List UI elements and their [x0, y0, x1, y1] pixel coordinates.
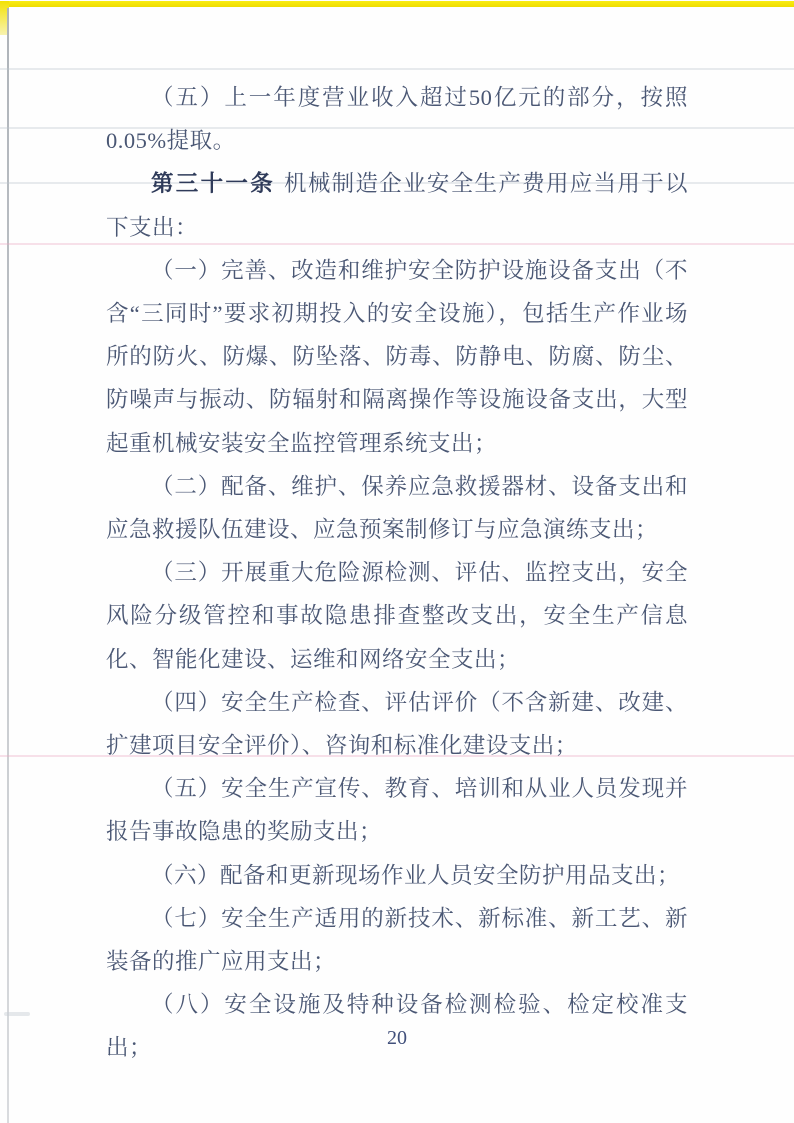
clause-5-extraction-rate: （五）上一年度营业收入超过50亿元的部分，按照0.05%提取。 [106, 76, 688, 162]
item-4: （四）安全生产检查、评估评价（不含新建、改建、扩建项目安全评价）、咨询和标准化建… [106, 681, 688, 767]
scan-left-edge-line [7, 8, 9, 1123]
item-1: （一）完善、改造和维护安全防护设施设备支出（不含“三同时”要求初期投入的安全设施… [106, 249, 688, 465]
article-31-heading: 第三十一条机械制造企业安全生产费用应当用于以下支出： [106, 162, 688, 248]
item-6: （六）配备和更新现场作业人员安全防护用品支出； [106, 854, 688, 897]
scan-top-edge-yellow-bar [0, 1, 794, 7]
article-number-label: 第三十一条 [151, 171, 275, 196]
scan-streak [0, 68, 794, 70]
document-body: （五）上一年度营业收入超过50亿元的部分，按照0.05%提取。第三十一条机械制造… [106, 76, 688, 1070]
item-5: （五）安全生产宣传、教育、培训和从业人员发现并报告事故隐患的奖励支出； [106, 767, 688, 853]
item-2: （二）配备、维护、保养应急救援器材、设备支出和应急救援队伍建设、应急预案制修订与… [106, 465, 688, 551]
scanned-document-page: （五）上一年度营业收入超过50亿元的部分，按照0.05%提取。第三十一条机械制造… [0, 0, 794, 1123]
item-3: （三）开展重大危险源检测、评估、监控支出，安全风险分级管控和事故隐患排查整改支出… [106, 551, 688, 681]
scan-smudge [4, 1012, 30, 1016]
item-7: （七）安全生产适用的新技术、新标准、新工艺、新装备的推广应用支出； [106, 897, 688, 983]
page-number: 20 [0, 1024, 794, 1052]
